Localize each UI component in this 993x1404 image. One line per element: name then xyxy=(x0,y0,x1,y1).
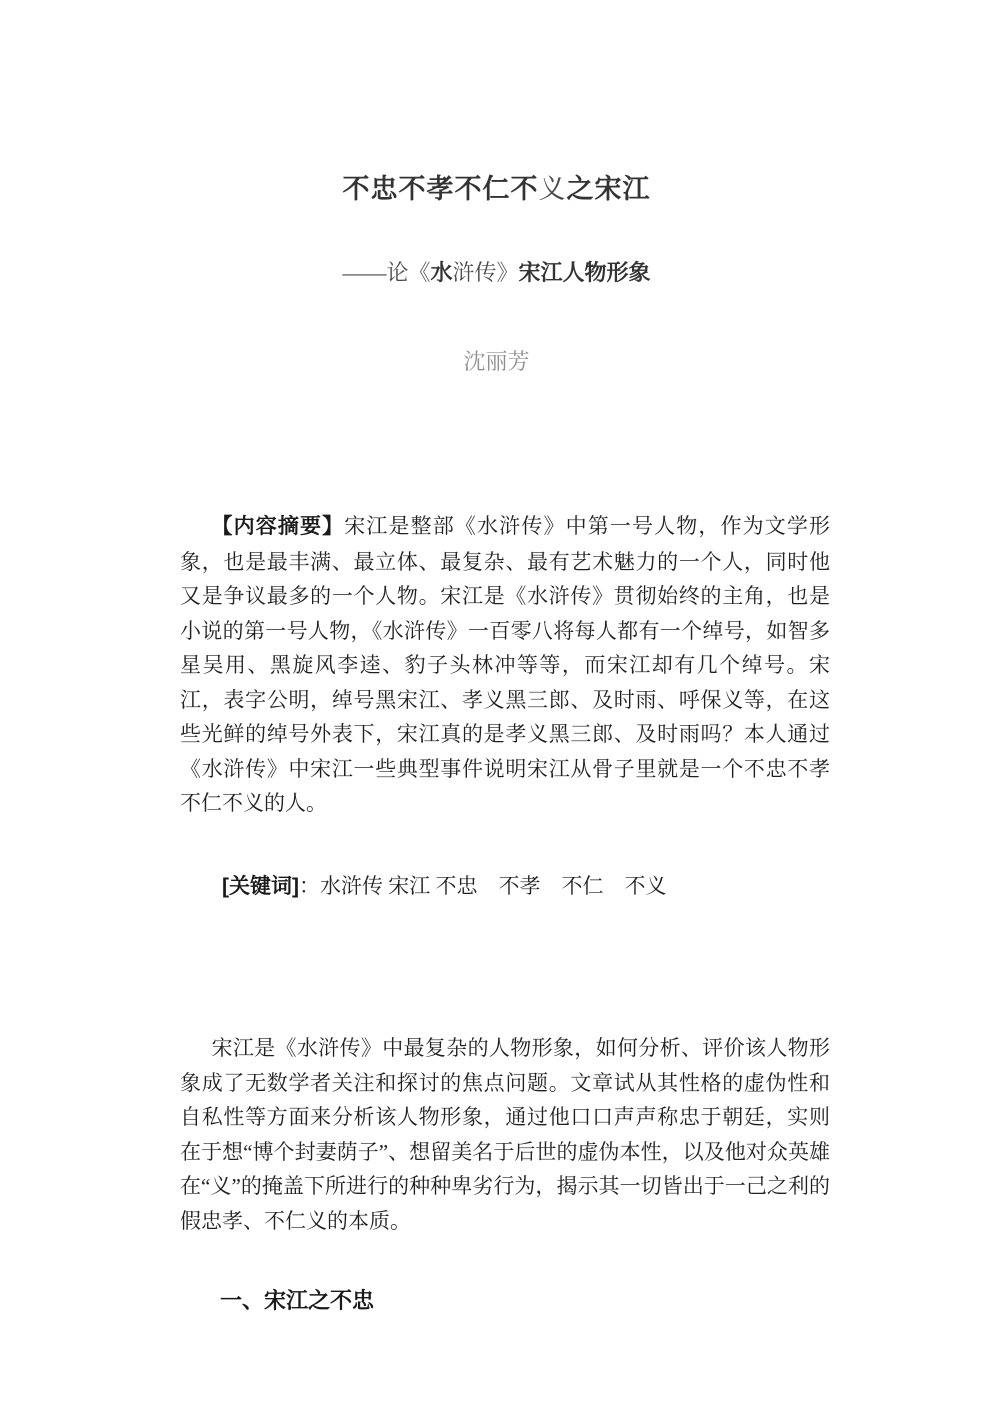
doc-subtitle-segment: 宋江人物形象 xyxy=(519,260,651,285)
document-page: 不忠不孝不仁不义之宋江 ——论《水浒传》宋江人物形象 沈丽芳 【内容摘要】宋江是… xyxy=(0,0,993,1404)
abstract-paragraph: 【内容摘要】宋江是整部《水浒传》中第一号人物，作为文学形象，也是最丰满、最立体、… xyxy=(180,509,830,821)
keywords-colon: ： xyxy=(299,874,320,898)
keywords-line: [关键词]：水浒传 宋江 不忠 不孝 不仁 不义 xyxy=(180,869,830,905)
section-heading: 一、宋江之不忠 xyxy=(220,1287,993,1316)
author-name: 沈丽芳 xyxy=(0,351,993,373)
doc-subtitle-segment: ——论《 xyxy=(342,260,430,285)
doc-title-segment: 之宋江 xyxy=(567,174,651,204)
doc-subtitle-segment: 浒传》 xyxy=(453,260,519,285)
doc-title: 不忠不孝不仁不义之宋江 xyxy=(0,176,993,203)
abstract-text: 宋江是整部《水浒传》中第一号人物，作为文学形象，也是最丰满、最立体、最复杂、最有… xyxy=(180,514,830,815)
keywords-text: 水浒传 宋江 不忠 不孝 不仁 不义 xyxy=(320,874,667,898)
doc-title-segment: 不忠不孝不仁不 xyxy=(343,174,539,204)
abstract-label: 【内容摘要】 xyxy=(212,515,345,538)
doc-subtitle: ——论《水浒传》宋江人物形象 xyxy=(0,262,993,284)
keywords-label: [关键词] xyxy=(222,875,299,898)
doc-subtitle-segment: 水 xyxy=(430,260,452,285)
doc-title-segment: 义 xyxy=(539,174,567,204)
body-paragraph: 宋江是《水浒传》中最复杂的人物形象，如何分析、评价该人物形象成了无数学者关注和探… xyxy=(180,1031,830,1238)
